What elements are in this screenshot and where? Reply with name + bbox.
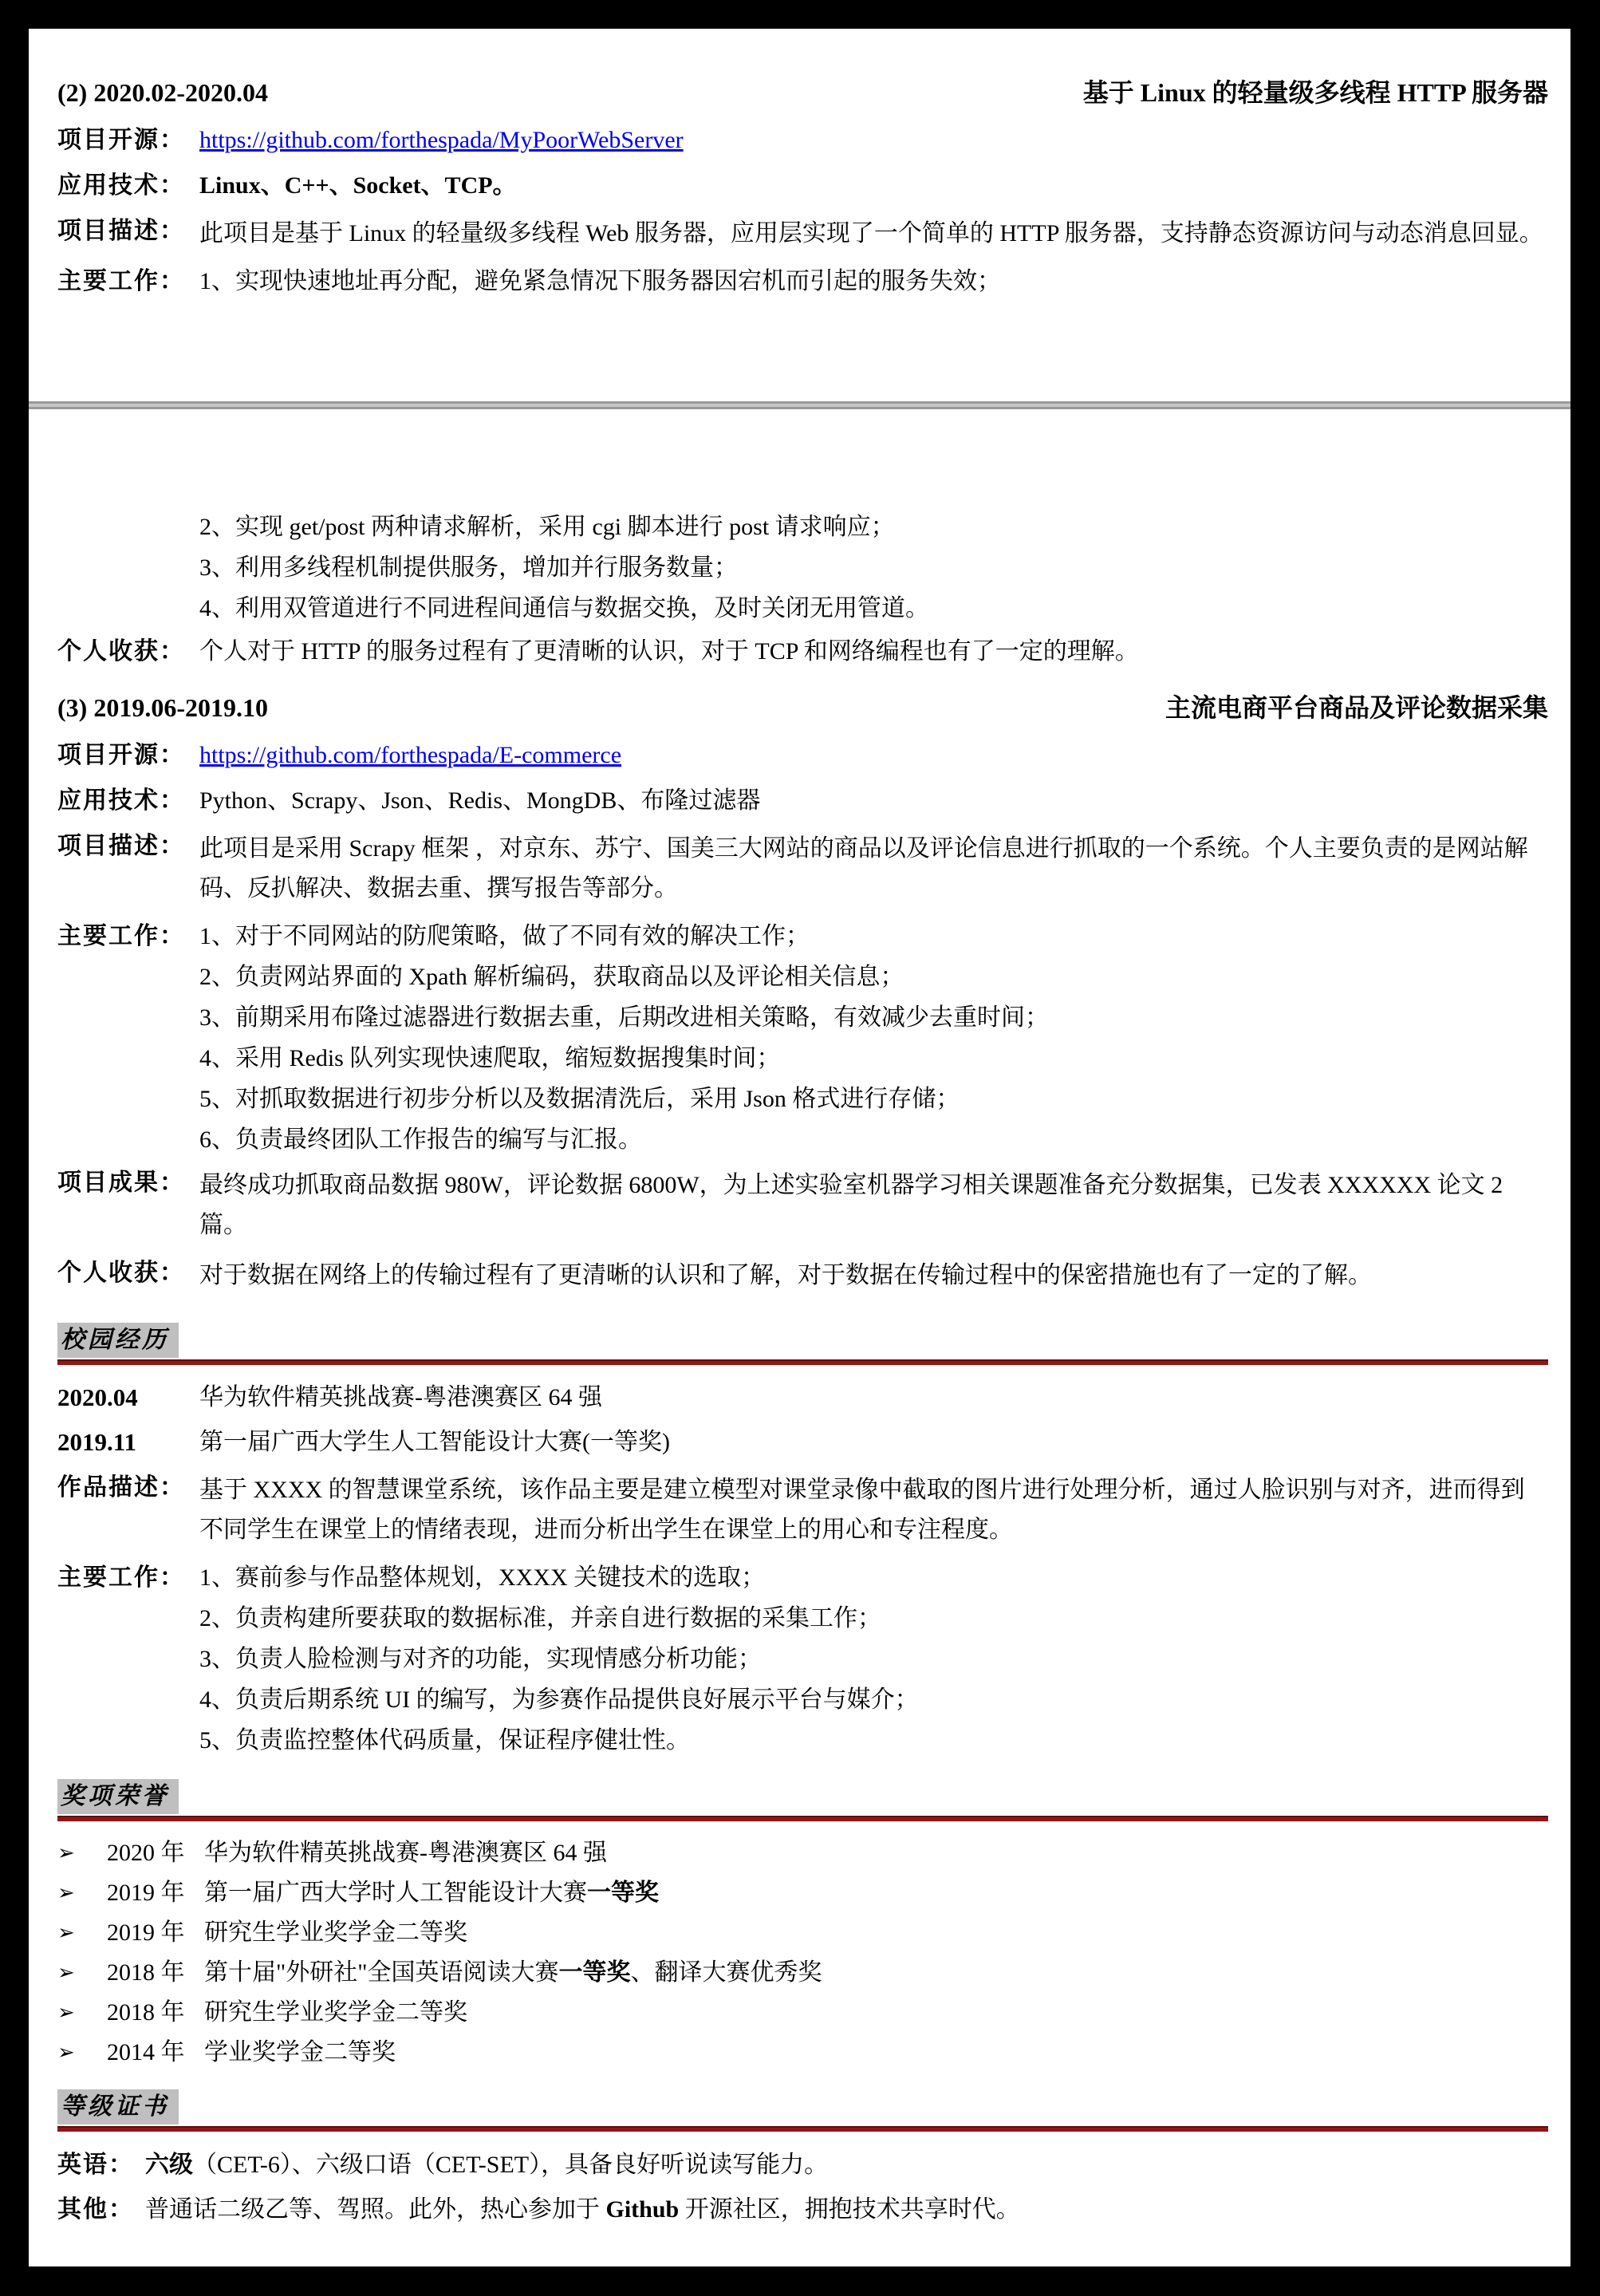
- work-item-1: 1、赛前参与作品整体规划，XXXX 关键技术的选取；: [199, 1560, 1548, 1596]
- work-item-2: 2、负责网站界面的 Xpath 解析编码，获取商品以及评论相关信息；: [199, 960, 1548, 995]
- work-item-4: 4、利用双管道进行不同进程间通信与数据交换，及时关闭无用管道。: [199, 591, 1548, 626]
- open-source-value: https://github.com/forthespada/MyPoorWeb…: [199, 123, 1548, 158]
- project2-work-item-row: 4、利用双管道进行不同进程间通信与数据交换，及时关闭无用管道。: [57, 591, 1548, 626]
- project2-open-source-row: 项目开源： https://github.com/forthespada/MyP…: [57, 123, 1548, 158]
- project2-work-item-row: 2、实现 get/post 两种请求解析，采用 cgi 脚本进行 post 请求…: [57, 510, 1548, 545]
- campus-section: 校园经历 2020.04 华为软件精英挑战赛-粤港澳赛区 64 强 2019.1…: [57, 1323, 1548, 1758]
- award-row: ➢ 2019 年 第一届广西大学时人工智能设计大赛一等奖: [57, 1877, 1548, 1909]
- award-title: 研究生学业奖学金二等奖: [204, 1917, 467, 1949]
- project3-work-item-row: 4、采用 Redis 队列实现快速爬取，缩短数据搜集时间；: [57, 1041, 1548, 1076]
- open-source-label: 项目开源：: [57, 738, 199, 773]
- work-label: 主要工作：: [57, 264, 199, 299]
- campus-entry-date: 2020.04: [57, 1381, 199, 1414]
- project3-gain-row: 个人收获： 对于数据在网络上的传输过程有了更清晰的认识和了解，对于数据在传输过程…: [57, 1256, 1548, 1296]
- cert-english-row: 英语： 六级（CET-6）、六级口语（CET-SET），具备良好听说读写能力。: [57, 2148, 1548, 2183]
- award-text: 、翻译大赛优秀奖: [631, 1959, 822, 1986]
- award-text-bold: 一等奖: [587, 1880, 659, 1906]
- project3-open-source-row: 项目开源： https://github.com/forthespada/E-c…: [57, 738, 1548, 773]
- award-row: ➢ 2019 年 研究生学业奖学金二等奖: [57, 1917, 1548, 1949]
- award-year: 2019 年: [107, 1917, 204, 1949]
- arrow-bullet-icon: ➢: [57, 1957, 107, 1989]
- result-label: 项目成果：: [57, 1166, 199, 1245]
- section-divider-line: [57, 2126, 1548, 2132]
- cert-text: 开源社区，拥抱技术共享时代。: [679, 2196, 1020, 2223]
- gain-label: 个人收获：: [57, 634, 199, 669]
- awards-section: 奖项荣誉 ➢ 2020 年 华为软件精英挑战赛-粤港澳赛区 64 强 ➢ 201…: [57, 1779, 1548, 2069]
- work-label: 主要工作：: [57, 919, 199, 954]
- work-item-4: 4、负责后期系统 UI 的编写，为参赛作品提供良好展示平台与媒介；: [199, 1683, 1548, 1718]
- open-source-value: https://github.com/forthespada/E-commerc…: [199, 738, 1548, 773]
- project2-title: 基于 Linux 的轻量级多线程 HTTP 服务器: [1083, 75, 1548, 110]
- award-year: 2020 年: [107, 1837, 204, 1869]
- work-item-5: 5、负责监控整体代码质量，保证程序健壮性。: [199, 1723, 1548, 1758]
- award-text: 研究生学业奖学金二等奖: [204, 1999, 467, 2026]
- project3-work-item-row: 2、负责网站界面的 Xpath 解析编码，获取商品以及评论相关信息；: [57, 960, 1548, 995]
- project2-work-row: 主要工作： 1、实现快速地址再分配，避免紧急情况下服务器因宕机而引起的服务失效；: [57, 264, 1548, 299]
- tech-value: Linux、C++、Socket、TCP。: [199, 168, 1548, 203]
- work-item-2: 2、实现 get/post 两种请求解析，采用 cgi 脚本进行 post 请求…: [199, 510, 1548, 545]
- project2-desc-row: 项目描述： 此项目是基于 Linux 的轻量级多线程 Web 服务器，应用层实现…: [57, 214, 1548, 254]
- award-title: 研究生学业奖学金二等奖: [204, 1997, 467, 2029]
- award-year: 2019 年: [107, 1877, 204, 1909]
- award-text: 学业奖学金二等奖: [204, 2039, 396, 2065]
- section-divider-line: [57, 1816, 1548, 1821]
- work-desc-label: 作品描述：: [57, 1470, 199, 1550]
- campus-entry-row: 2019.11 第一届广西大学生人工智能设计大赛(一等奖): [57, 1426, 1548, 1459]
- tech-value: Python、Scrapy、Json、Redis、MongDB、布隆过滤器: [199, 783, 1548, 819]
- campus-work-item-row: 3、负责人脸检测与对齐的功能，实现情感分析功能；: [57, 1642, 1548, 1677]
- gain-value: 对于数据在网络上的传输过程有了更清晰的认识和了解，对于数据在传输过程中的保密措施…: [199, 1256, 1548, 1296]
- award-text: 第一届广西大学时人工智能设计大赛: [204, 1880, 587, 1906]
- certs-section-header: 等级证书: [57, 2089, 179, 2124]
- award-year: 2018 年: [107, 1997, 204, 2029]
- work-item-2: 2、负责构建所要获取的数据标准，并亲自进行数据的采集工作；: [199, 1601, 1548, 1636]
- award-year: 2018 年: [107, 1957, 204, 1989]
- awards-section-header: 奖项荣誉: [57, 1779, 179, 1814]
- project3-desc-row: 项目描述： 此项目是采用 Scrapy 框架 ，对京东、苏宁、国美三大网站的商品…: [57, 829, 1548, 909]
- arrow-bullet-icon: ➢: [57, 2037, 107, 2069]
- cert-other-row: 其他： 普通话二级乙等、驾照。此外，热心参加于 Github 开源社区，拥抱技术…: [57, 2192, 1548, 2227]
- arrow-bullet-icon: ➢: [57, 1877, 107, 1909]
- award-row: ➢ 2020 年 华为软件精英挑战赛-粤港澳赛区 64 强: [57, 1837, 1548, 1869]
- campus-entry-title: 第一届广西大学生人工智能设计大赛(一等奖): [199, 1426, 670, 1459]
- project3-title: 主流电商平台商品及评论数据采集: [1165, 690, 1548, 725]
- desc-label: 项目描述：: [57, 214, 199, 254]
- certs-section: 等级证书 英语： 六级（CET-6）、六级口语（CET-SET），具备良好听说读…: [57, 2089, 1548, 2227]
- work-label: 主要工作：: [57, 1560, 199, 1596]
- cert-text: （CET-6）、六级口语（CET-SET），具备良好听说读写能力。: [193, 2152, 828, 2178]
- cert-text: 普通话二级乙等、驾照。此外，热心参加于: [145, 2196, 606, 2223]
- project3-work-item-row: 6、负责最终团队工作报告的编写与汇报。: [57, 1122, 1548, 1158]
- work-item-6: 6、负责最终团队工作报告的编写与汇报。: [199, 1122, 1548, 1158]
- project3-work-row: 主要工作： 1、对于不同网站的防爬策略，做了不同有效的解决工作；: [57, 919, 1548, 954]
- gain-label: 个人收获：: [57, 1256, 199, 1296]
- award-year: 2014 年: [107, 2037, 204, 2069]
- campus-work-item-row: 5、负责监控整体代码质量，保证程序健壮性。: [57, 1723, 1548, 1758]
- cert-text-bold: 六级: [145, 2152, 193, 2178]
- award-title: 第一届广西大学时人工智能设计大赛一等奖: [204, 1877, 659, 1909]
- tech-label: 应用技术：: [57, 168, 199, 203]
- work-item-1: 1、实现快速地址再分配，避免紧急情况下服务器因宕机而引起的服务失效；: [199, 264, 1548, 299]
- award-text: 第十届"外研社"全国英语阅读大赛: [204, 1959, 559, 1986]
- award-text-bold: 一等奖: [559, 1959, 631, 1986]
- work-item-5: 5、对抓取数据进行初步分析以及数据清洗后，采用 Json 格式进行存储；: [199, 1082, 1548, 1117]
- desc-label: 项目描述：: [57, 829, 199, 909]
- work-item-3: 3、负责人脸检测与对齐的功能，实现情感分析功能；: [199, 1642, 1548, 1677]
- arrow-bullet-icon: ➢: [57, 1997, 107, 2029]
- cert-other-label: 其他：: [57, 2192, 145, 2227]
- award-text: 华为软件精英挑战赛-粤港澳赛区 64 强: [204, 1840, 607, 1866]
- cert-text-bold: Github: [606, 2196, 680, 2223]
- work-item-3: 3、前期采用布隆过滤器进行数据去重，后期改进相关策略，有效减少去重时间；: [199, 1000, 1548, 1036]
- cert-other-value: 普通话二级乙等、驾照。此外，热心参加于 Github 开源社区，拥抱技术共享时代…: [145, 2192, 1020, 2227]
- campus-entry-date: 2019.11: [57, 1426, 199, 1459]
- award-title: 学业奖学金二等奖: [204, 2037, 396, 2069]
- award-row: ➢ 2018 年 第十届"外研社"全国英语阅读大赛一等奖、翻译大赛优秀奖: [57, 1957, 1548, 1989]
- award-text: 研究生学业奖学金二等奖: [204, 1919, 467, 1946]
- award-row: ➢ 2018 年 研究生学业奖学金二等奖: [57, 1997, 1548, 2029]
- award-row: ➢ 2014 年 学业奖学金二等奖: [57, 2037, 1548, 2069]
- project3-work-item-row: 5、对抓取数据进行初步分析以及数据清洗后，采用 Json 格式进行存储；: [57, 1082, 1548, 1117]
- work-item-3: 3、利用多线程机制提供服务，增加并行服务数量；: [199, 550, 1548, 586]
- cert-english-label: 英语：: [57, 2148, 145, 2183]
- award-title: 第十届"外研社"全国英语阅读大赛一等奖、翻译大赛优秀奖: [204, 1957, 822, 1989]
- work-item-1: 1、对于不同网站的防爬策略，做了不同有效的解决工作；: [199, 919, 1548, 954]
- campus-work-item-row: 4、负责后期系统 UI 的编写，为参赛作品提供良好展示平台与媒介；: [57, 1683, 1548, 1718]
- arrow-bullet-icon: ➢: [57, 1837, 107, 1869]
- campus-work-row: 主要工作： 1、赛前参与作品整体规划，XXXX 关键技术的选取；: [57, 1560, 1548, 1596]
- campus-work-desc-row: 作品描述： 基于 XXXX 的智慧课堂系统，该作品主要是建立模型对课堂录像中截取…: [57, 1470, 1548, 1550]
- campus-entry-row: 2020.04 华为软件精英挑战赛-粤港澳赛区 64 强: [57, 1381, 1548, 1414]
- project2-gain-row: 个人收获： 个人对于 HTTP 的服务过程有了更清晰的认识，对于 TCP 和网络…: [57, 634, 1548, 669]
- project3-header: (3) 2019.06-2019.10 主流电商平台商品及评论数据采集: [57, 690, 1548, 725]
- project2-repo-link[interactable]: https://github.com/forthespada/MyPoorWeb…: [199, 127, 684, 153]
- project3-tech-row: 应用技术： Python、Scrapy、Json、Redis、MongDB、布隆…: [57, 783, 1548, 819]
- tech-label: 应用技术：: [57, 783, 199, 819]
- award-title: 华为软件精英挑战赛-粤港澳赛区 64 强: [204, 1837, 607, 1869]
- section-divider-line: [57, 1359, 1548, 1365]
- project2-work-item-row: 3、利用多线程机制提供服务，增加并行服务数量；: [57, 550, 1548, 586]
- result-value: 最终成功抓取商品数据 980W，评论数据 6800W，为上述实验室机器学习相关课…: [199, 1166, 1548, 1245]
- project3-result-row: 项目成果： 最终成功抓取商品数据 980W，评论数据 6800W，为上述实验室机…: [57, 1166, 1548, 1245]
- project3-period: (3) 2019.06-2019.10: [57, 690, 268, 725]
- work-desc-value: 基于 XXXX 的智慧课堂系统，该作品主要是建立模型对课堂录像中截取的图片进行处…: [199, 1470, 1548, 1550]
- open-source-label: 项目开源：: [57, 123, 199, 158]
- project3-repo-link[interactable]: https://github.com/forthespada/E-commerc…: [199, 742, 621, 768]
- project2-tech-row: 应用技术： Linux、C++、Socket、TCP。: [57, 168, 1548, 203]
- campus-entry-title: 华为软件精英挑战赛-粤港澳赛区 64 强: [199, 1381, 602, 1414]
- project2-header: (2) 2020.02-2020.04 基于 Linux 的轻量级多线程 HTT…: [57, 75, 1548, 110]
- campus-section-header: 校园经历: [57, 1323, 179, 1358]
- campus-work-item-row: 2、负责构建所要获取的数据标准，并亲自进行数据的采集工作；: [57, 1601, 1548, 1636]
- desc-value: 此项目是采用 Scrapy 框架 ，对京东、苏宁、国美三大网站的商品以及评论信息…: [199, 829, 1548, 909]
- work-item-4: 4、采用 Redis 队列实现快速爬取，缩短数据搜集时间；: [199, 1041, 1548, 1076]
- project2-period: (2) 2020.02-2020.04: [57, 75, 268, 110]
- project3-work-item-row: 3、前期采用布隆过滤器进行数据去重，后期改进相关策略，有效减少去重时间；: [57, 1000, 1548, 1036]
- gain-value: 个人对于 HTTP 的服务过程有了更清晰的认识，对于 TCP 和网络编程也有了一…: [199, 634, 1548, 669]
- page-break-divider: [29, 401, 1570, 409]
- resume-page: (2) 2020.02-2020.04 基于 Linux 的轻量级多线程 HTT…: [29, 29, 1570, 2266]
- desc-value: 此项目是基于 Linux 的轻量级多线程 Web 服务器，应用层实现了一个简单的…: [199, 214, 1548, 254]
- arrow-bullet-icon: ➢: [57, 1917, 107, 1949]
- resume-content: (2) 2020.02-2020.04 基于 Linux 的轻量级多线程 HTT…: [29, 29, 1570, 2227]
- cert-english-value: 六级（CET-6）、六级口语（CET-SET），具备良好听说读写能力。: [145, 2148, 828, 2183]
